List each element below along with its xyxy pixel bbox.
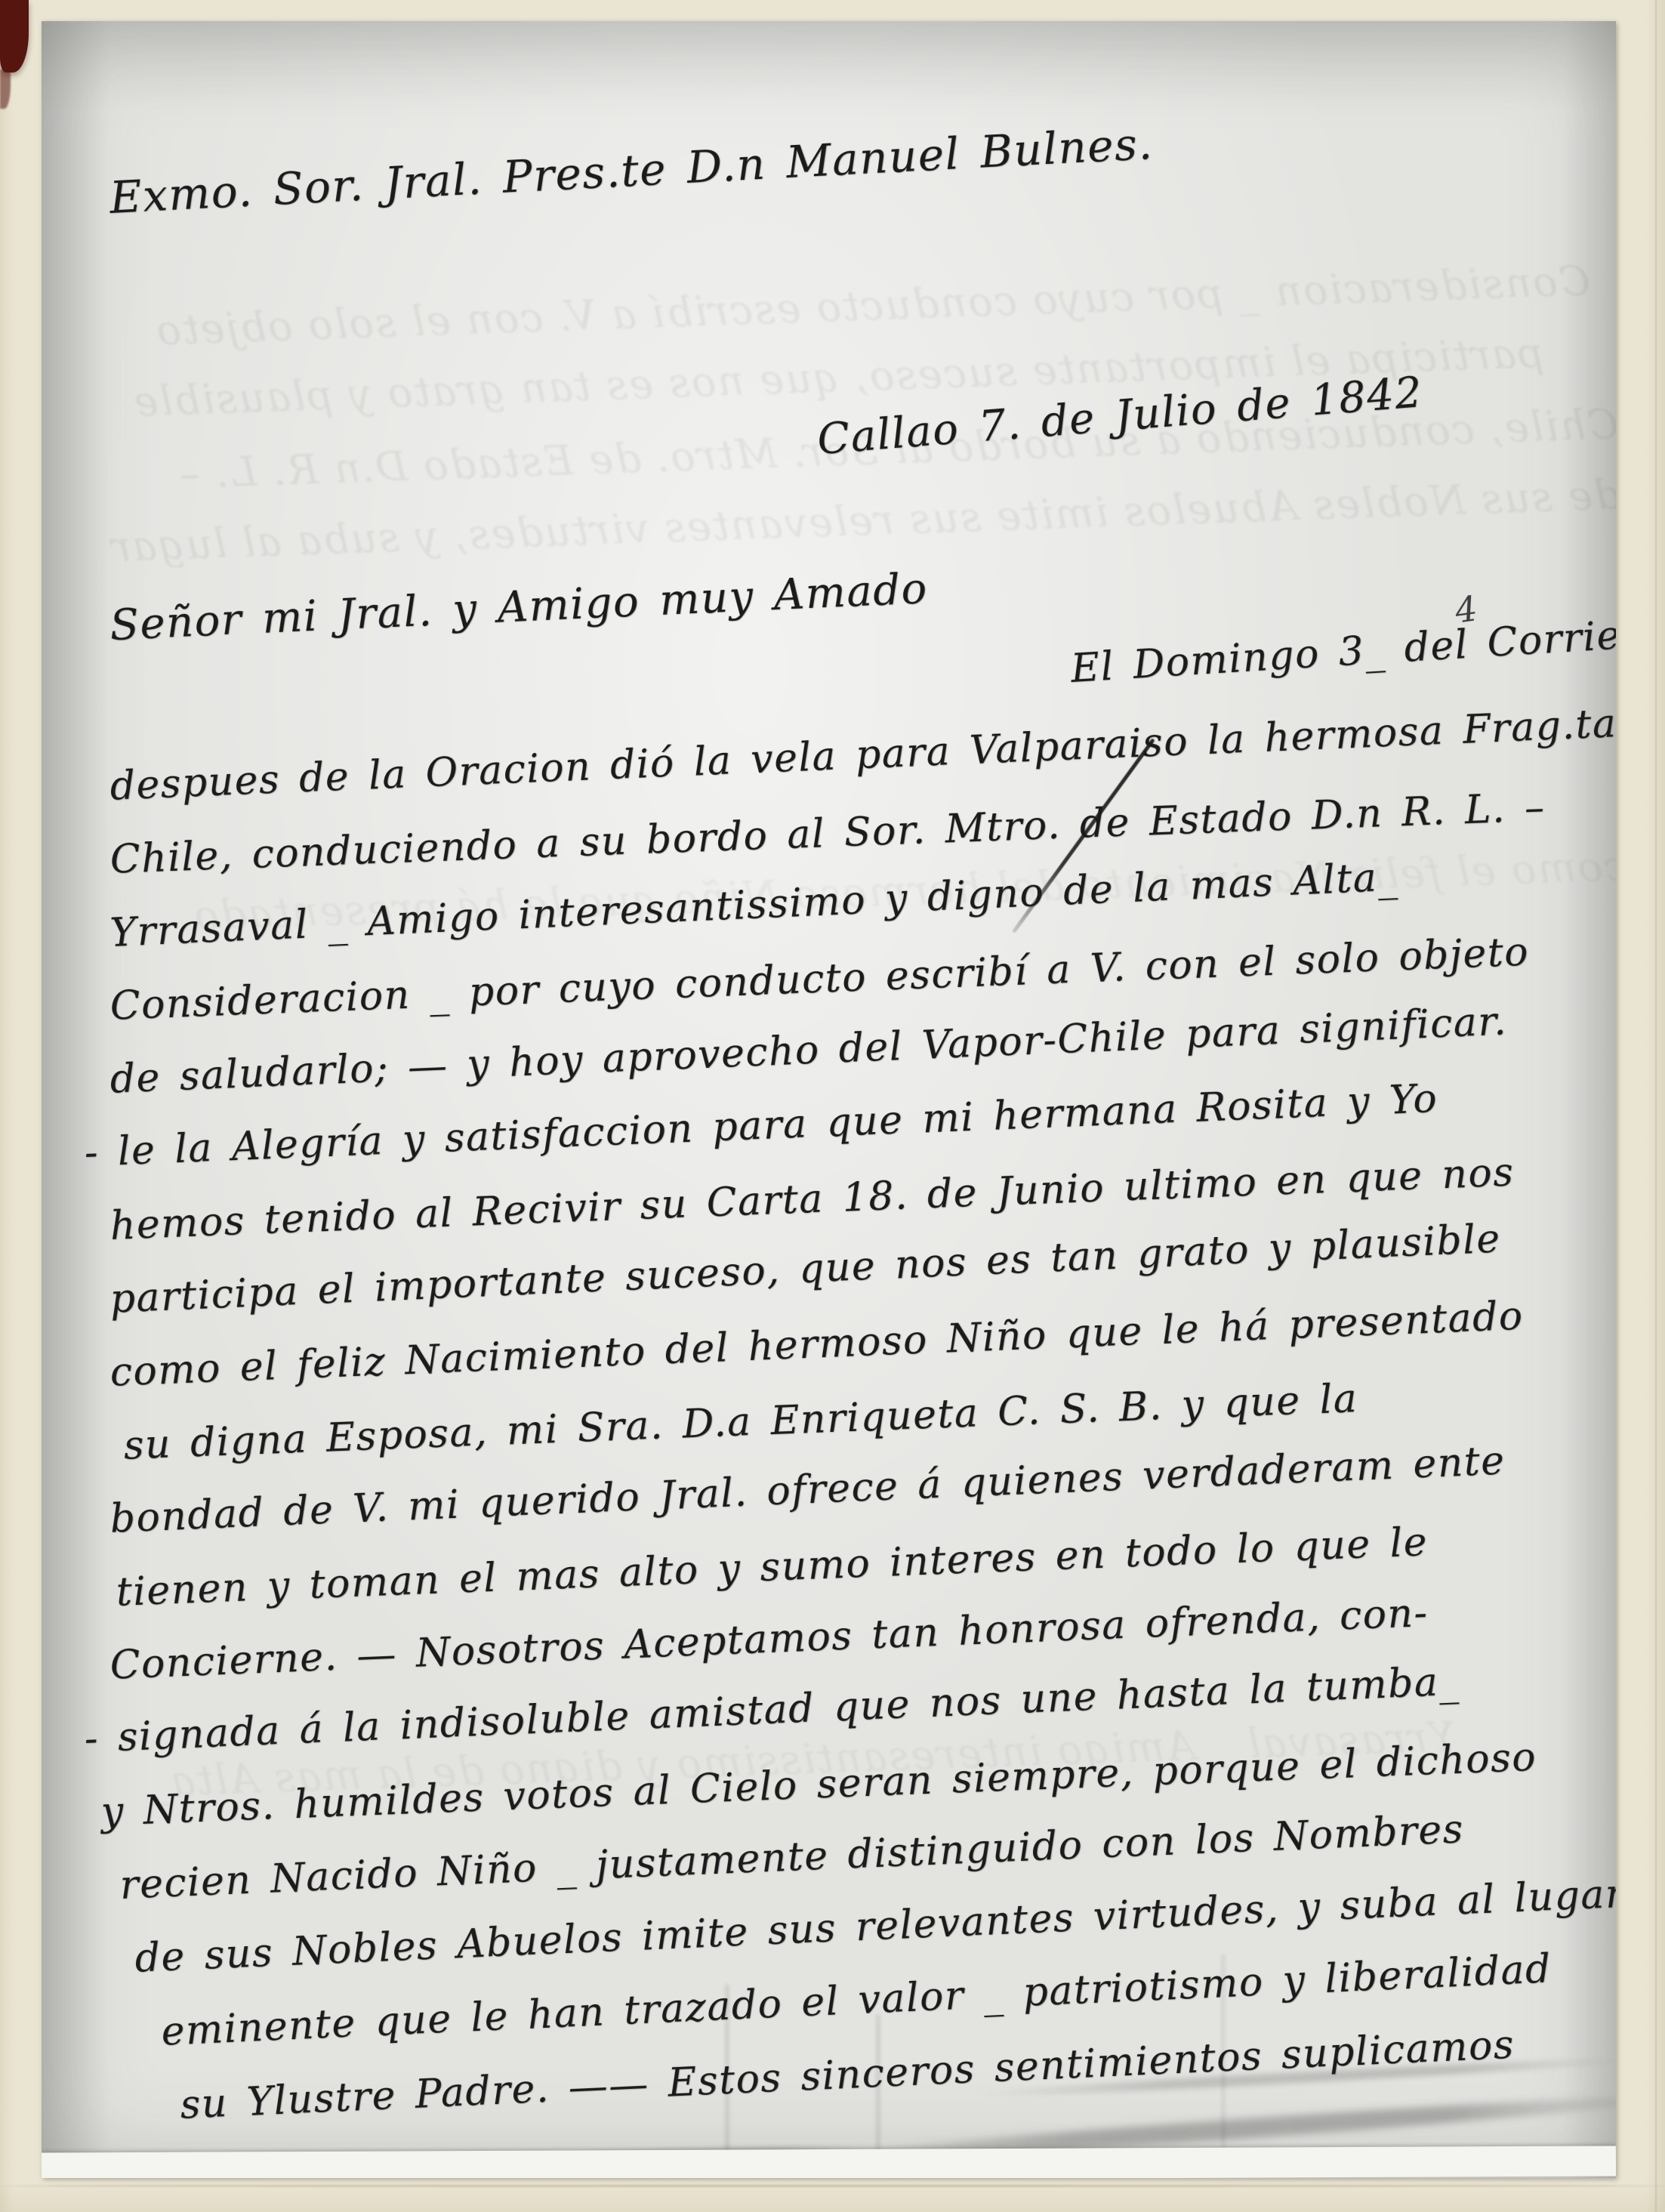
letter-heading: Exmo. Sor. Jral. Pres.te D.n Manuel Buln…	[108, 118, 1154, 224]
mat-edge-line	[1655, 0, 1657, 2212]
letter-photo: Consideracion _ por cuyo conducto escrib…	[42, 21, 1616, 2178]
photo-white-border	[42, 2146, 1616, 2178]
vertical-crease	[725, 1985, 729, 2173]
letter-opening: El Domingo 3_ del Corriente	[1069, 609, 1616, 692]
letter-salutation: Señor mi Jral. y Amigo muy Amado	[109, 564, 929, 650]
corner-stain-tail	[0, 69, 11, 109]
corner-stain	[0, 0, 29, 72]
photo-mat: Consideracion _ por cuyo conducto escrib…	[0, 0, 1665, 2212]
mat-fold-line	[0, 2185, 1665, 2187]
vertical-crease	[1221, 1954, 1226, 2173]
